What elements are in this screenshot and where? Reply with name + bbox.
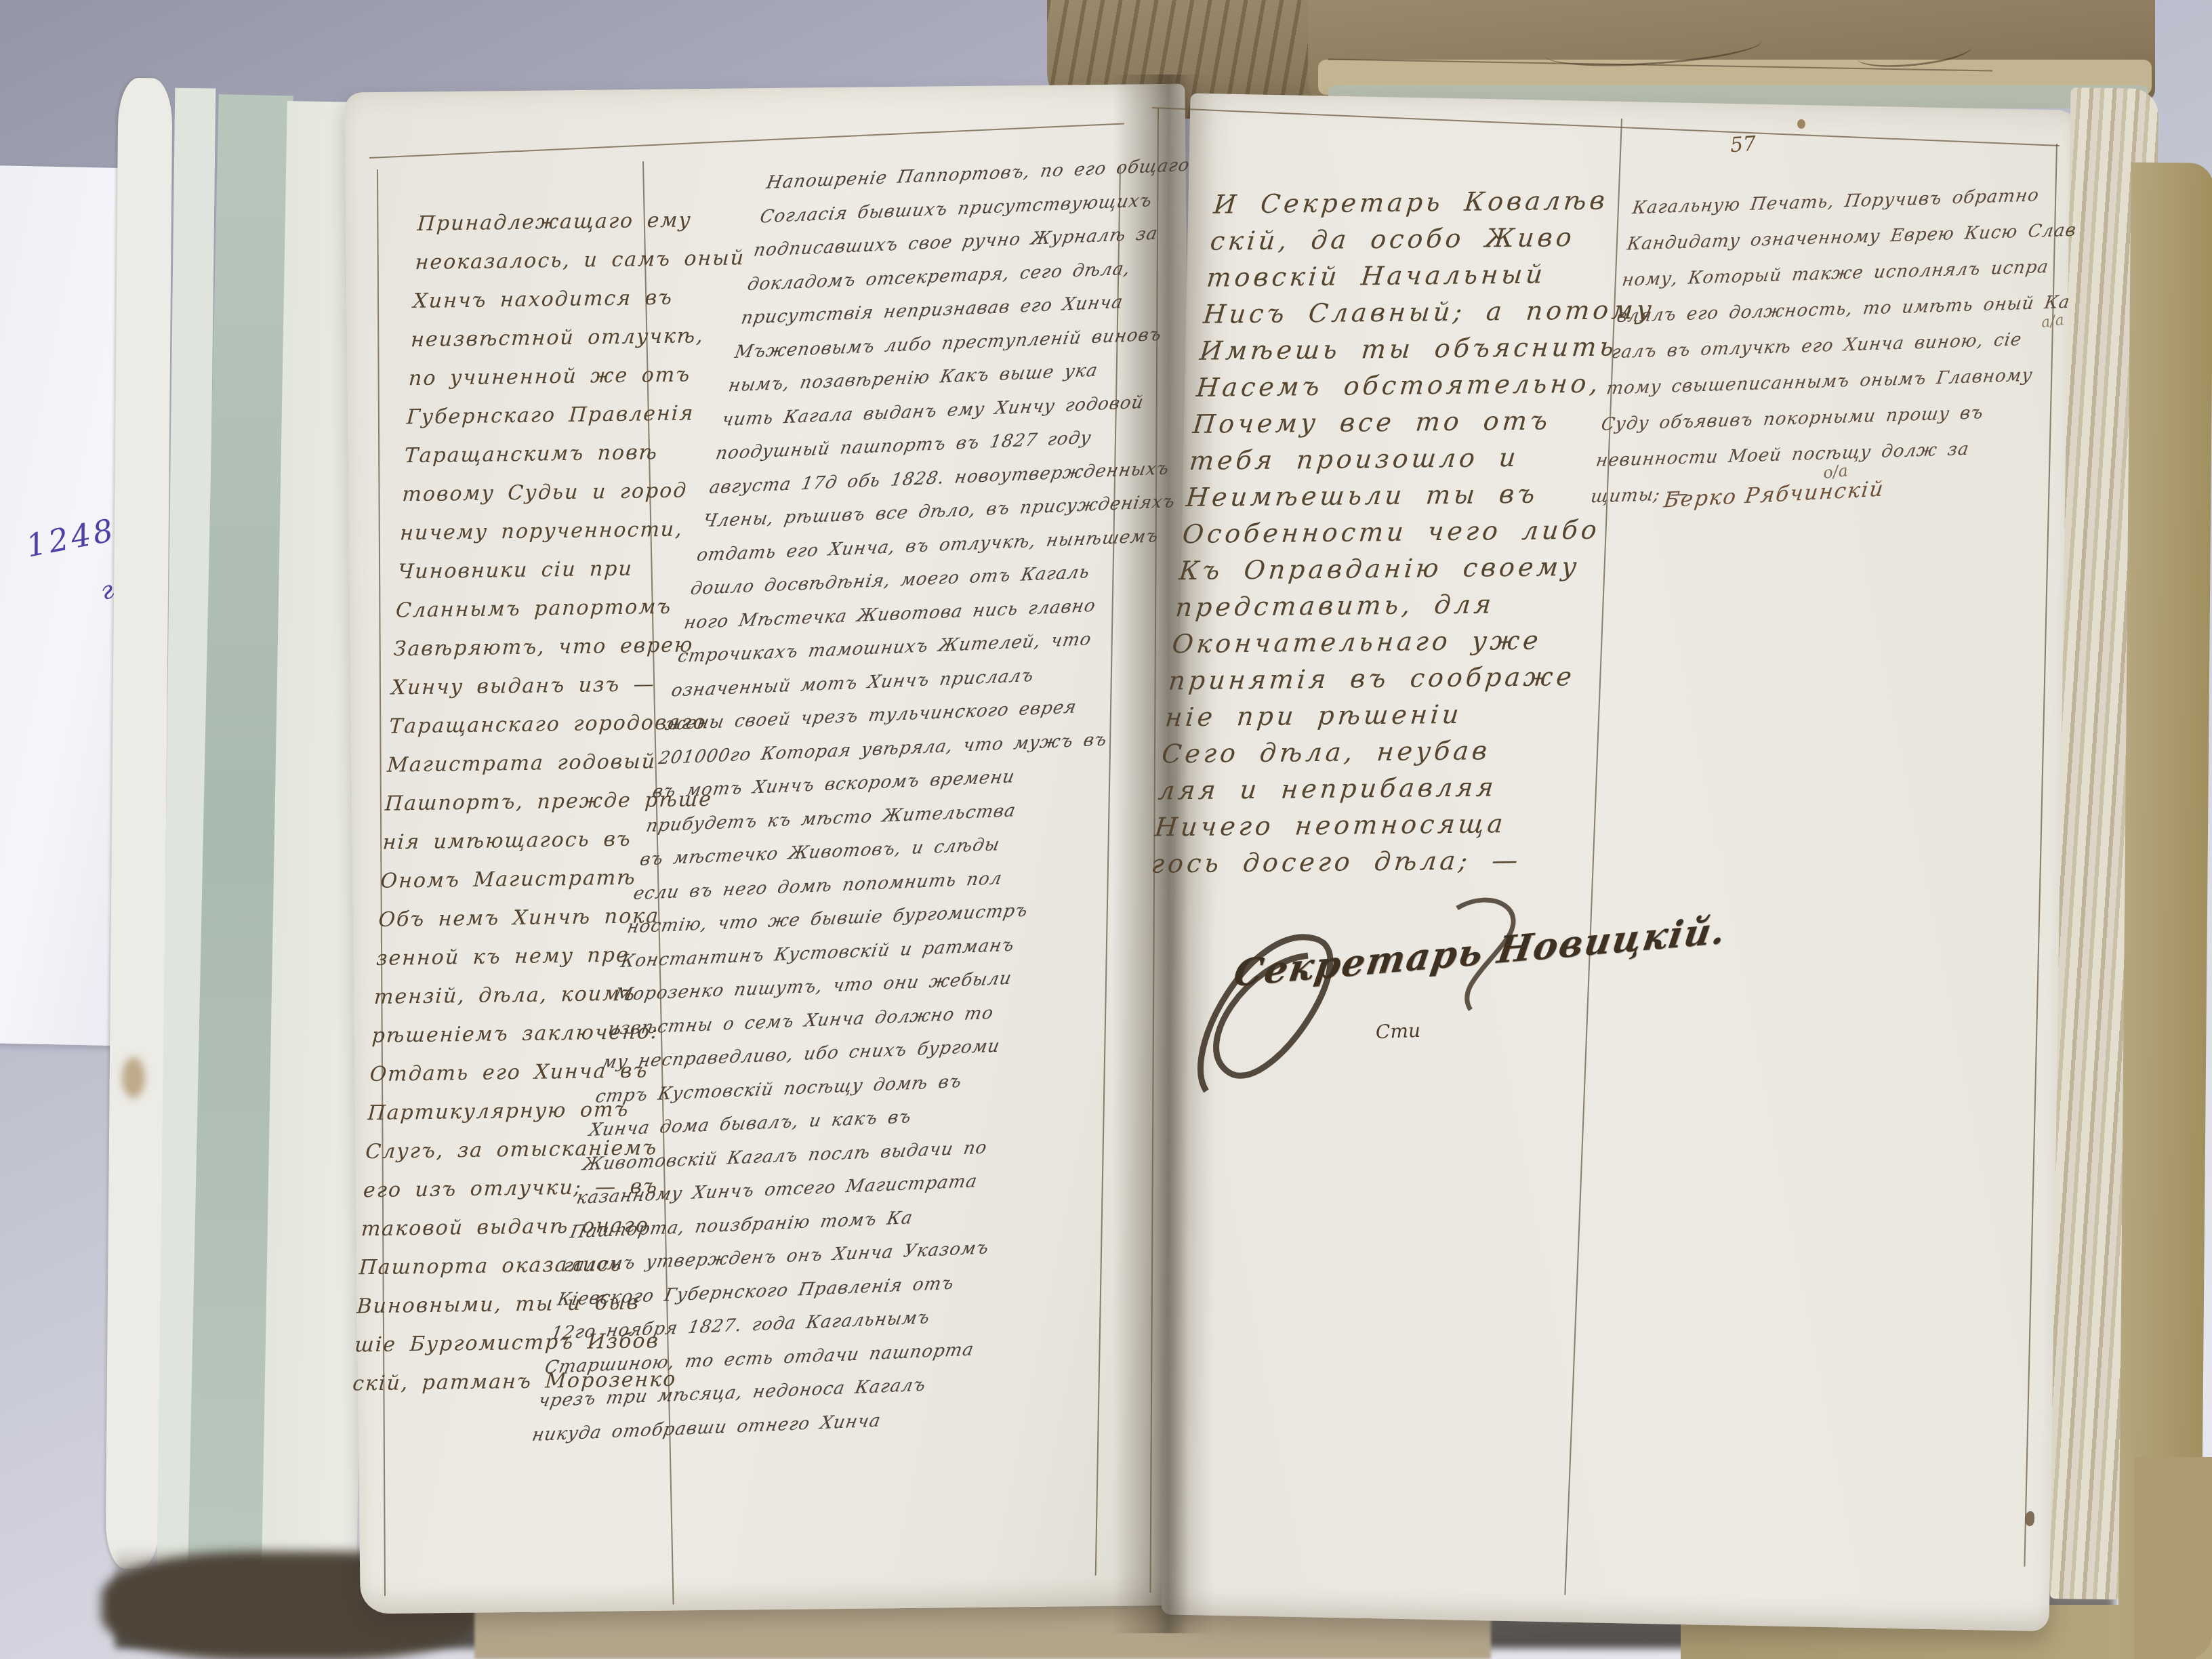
handwritten-line: Магистрата годовый bbox=[386, 742, 656, 785]
handwritten-line: Неимѣешьли ты въ bbox=[1185, 475, 1595, 516]
handwritten-line: неизвѣстной отлучкѣ, bbox=[410, 317, 680, 360]
handwritten-line: по учиненной же отъ bbox=[408, 356, 678, 398]
cover-corner bbox=[2135, 1457, 2212, 1659]
handwritten-line: принятія въ соображе bbox=[1167, 658, 1577, 699]
handwritten-line: Пашпортъ, прежде рѣше bbox=[384, 781, 653, 823]
handwritten-line: ничему порученности, bbox=[399, 510, 669, 553]
ink-blot bbox=[2025, 1511, 2034, 1526]
handwritten-line: Сего дѣла, неубав bbox=[1160, 731, 1570, 772]
handwritten-line: неоказалось, и самъ оный bbox=[414, 240, 684, 283]
handwritten-line: Объ немъ Хинчѣ пока bbox=[377, 897, 647, 939]
handwritten-line: Ономъ Магистратѣ bbox=[380, 858, 649, 901]
handwritten-line: ляя и неприбавляя bbox=[1157, 768, 1567, 808]
handwritten-line: Таращанскаго городоваго bbox=[388, 703, 658, 746]
handwritten-line: товому Судьи и город bbox=[401, 472, 671, 514]
handwritten-line: ніе при рѣшеніи bbox=[1164, 695, 1574, 735]
handwritten-line: Чиновники сіи при bbox=[397, 549, 667, 592]
handwritten-line: Нисъ Славный; а потому bbox=[1202, 291, 1612, 332]
handwritten-line: Принадлежащаго ему bbox=[416, 201, 686, 243]
handwritten-line: Насемъ обстоятельно, bbox=[1195, 365, 1605, 406]
handwritten-line: Ничего неотносяща bbox=[1153, 804, 1563, 845]
handwritten-line: Окончательнаго уже bbox=[1170, 621, 1580, 662]
handwritten-line: Завѣряютъ, что еврею bbox=[392, 626, 662, 669]
signature-note: Сти bbox=[1375, 1019, 1420, 1043]
handwritten-line: товскій Начальный bbox=[1205, 255, 1615, 295]
page-number: 57 bbox=[1729, 132, 1757, 158]
handwritten-line: Губернскаго Правленія bbox=[405, 394, 675, 437]
handwritten-line: тензій, дѣла, коимъ bbox=[373, 974, 642, 1017]
handwritten-line: нія имѣющагось въ bbox=[382, 819, 651, 862]
right-page-column-1: И Секретарь Ковалѣвскій, да особо Живото… bbox=[1149, 182, 1622, 882]
handwritten-line: Особенности чего либо bbox=[1181, 512, 1591, 552]
paper-stain bbox=[122, 1057, 145, 1098]
handwritten-line: Имѣешь ты объяснить bbox=[1198, 329, 1608, 369]
slip-number: 1248 bbox=[23, 512, 119, 565]
handwritten-line: Сланнымъ рапортомъ bbox=[394, 588, 664, 630]
handwritten-line: Таращанскимъ повѣ bbox=[403, 433, 673, 476]
handwritten-line: гось досего дѣла; — bbox=[1149, 841, 1559, 882]
handwritten-line: Хинчу выданъ изъ — bbox=[390, 665, 660, 708]
archival-book-photo: 1248 го Принадлежащаго емунеоказалось, и… bbox=[0, 0, 2212, 1659]
handwritten-line: зенной къ нему пре bbox=[375, 935, 645, 978]
edge-note: а/а bbox=[2040, 312, 2065, 331]
signature-flourish bbox=[1166, 881, 1545, 1105]
handwritten-line: скій, да особо Живо bbox=[1208, 218, 1618, 259]
handwritten-line: рѣшеніемъ заключено: bbox=[371, 1013, 640, 1056]
handwritten-line: представить, для bbox=[1174, 585, 1584, 626]
handwritten-line: Почему все то отъ bbox=[1191, 402, 1601, 443]
cover-edge bbox=[2118, 163, 2212, 1659]
ink-spot bbox=[1797, 119, 1805, 129]
handwritten-line: И Секретарь Ковалѣв bbox=[1212, 182, 1622, 222]
handwritten-line: Хинчъ находится въ bbox=[412, 279, 682, 321]
handwritten-line: тебя произошло и bbox=[1188, 438, 1598, 479]
handwritten-line: Къ Оправданію своему bbox=[1177, 548, 1587, 589]
